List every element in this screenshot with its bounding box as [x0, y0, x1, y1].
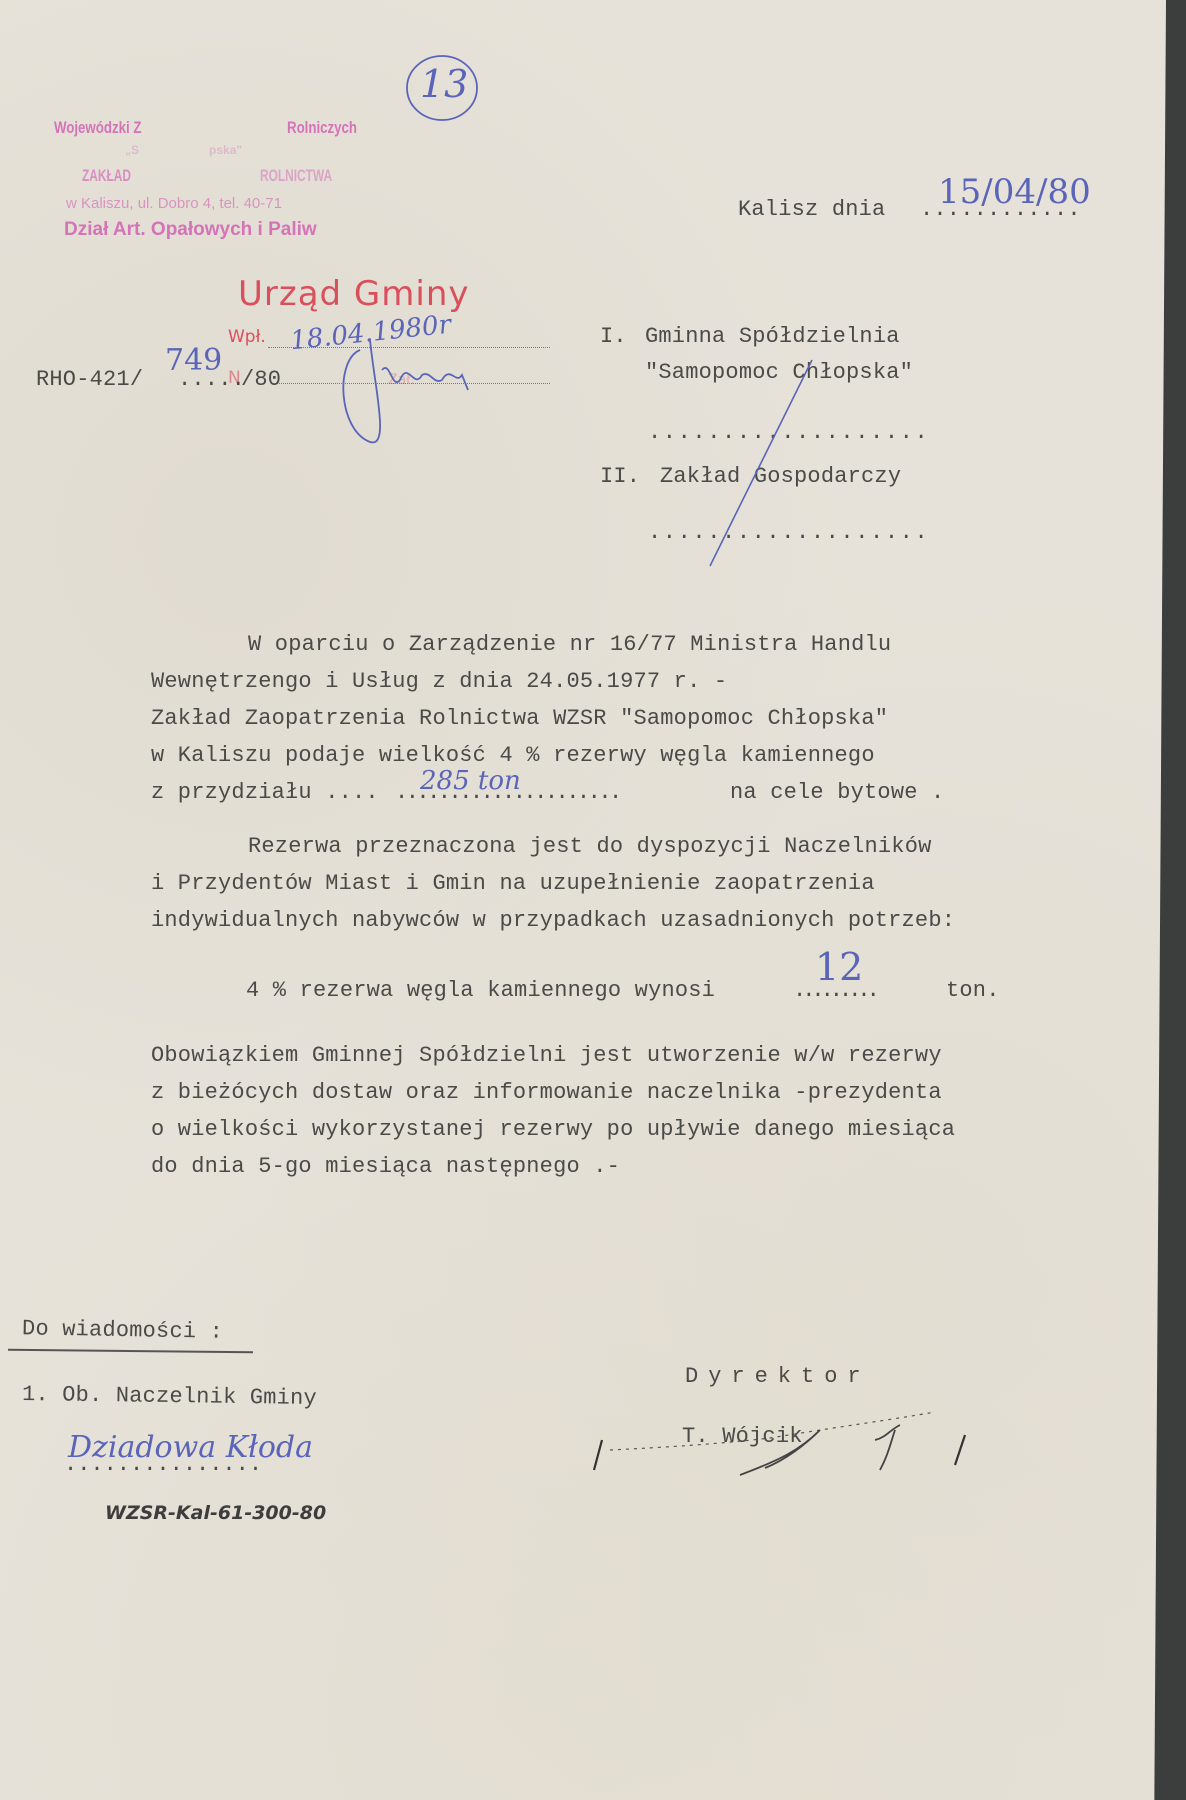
date-label: Kalisz dnia [738, 197, 885, 222]
signature-title: Dyrektor [685, 1364, 871, 1389]
wpl-label: Wpł. [228, 327, 266, 347]
reserve-handwritten: 12 [815, 945, 863, 989]
strike-line [700, 360, 820, 570]
para1-line1: W oparciu o Zarządzenie nr 16/77 Ministr… [248, 632, 891, 657]
reserve-prefix: 4 % rezerwa węgla kamiennego wynosi [246, 978, 715, 1003]
archive-code: WZSR-Kal-61-300-80 [105, 1502, 326, 1524]
received-signature [330, 330, 490, 450]
stamp-line-3-right: ROLNICTWA [260, 166, 332, 186]
para1-line4: w Kaliszu podaje wielkość 4 % rezerwy wę… [151, 743, 875, 768]
recipient-1-numeral: I. [600, 324, 627, 349]
cc-item-1: 1. Ob. Naczelnik Gminy [22, 1382, 317, 1411]
para3-line1: Obowiązkiem Gminnej Spółdzielni jest utw… [151, 1043, 942, 1068]
stamp-line-3-left: ZAKŁAD [82, 166, 131, 186]
cc-heading-underline [8, 1349, 253, 1354]
para3-line3: o wielkości wykorzystanej rezerwy po upł… [151, 1117, 955, 1142]
received-stamp-title: Urząd Gminy [238, 274, 470, 314]
page-number: 13 [420, 62, 468, 106]
para3-line2: z bieżócych dostaw oraz informowanie nac… [151, 1080, 942, 1105]
para2-line3: indywidualnych nabywców w przypadkach uz… [151, 908, 955, 933]
reference-suffix: /80 [241, 367, 281, 392]
para1-line3: Zakład Zaopatrzenia Rolnictwa WZSR "Samo… [151, 706, 888, 731]
stamp-line-4: w Kaliszu, ul. Dobro 4, tel. 40-71 [66, 195, 282, 212]
reserve-suffix: ton. [946, 978, 1000, 1003]
recipient-1-line1: Gminna Spółdzielnia [645, 324, 900, 349]
cc-heading: Do wiadomości : [22, 1316, 223, 1345]
reference-prefix: RHO-421/ [36, 367, 143, 392]
recipient-2-numeral: II. [600, 464, 640, 489]
reference-handwritten-number: 749 [165, 343, 222, 378]
date-handwritten: 15/04/80 [938, 172, 1091, 212]
stamp-line-5: Dział Art. Opałowych i Paliw [64, 219, 317, 241]
stamp-line-2: „S pska" [125, 143, 242, 157]
stamp-line-1-left: Wojewódzki Z [54, 118, 141, 138]
stamp-line-1-right: Rolniczych [287, 118, 357, 138]
cc-item-1-handwritten: Dziadowa Kłoda [68, 1430, 313, 1465]
document-page: 13 Wojewódzki Z Rolniczych „S pska" ZAKŁ… [0, 0, 1166, 1800]
allocation-prefix: z przydziału .... [151, 780, 379, 805]
para1-line2: Wewnętrzengo i Usług z dnia 24.05.1977 r… [151, 669, 727, 694]
allocation-handwritten: 285 ton [420, 766, 521, 796]
para3-line4: do dnia 5-go miesiąca następnego .- [151, 1154, 620, 1179]
para2-line2: i Przydentów Miast i Gmin na uzupełnieni… [151, 871, 875, 896]
signature-scribble [590, 1390, 970, 1480]
allocation-suffix: na cele bytowe . [730, 780, 944, 805]
para2-line1: Rezerwa przeznaczona jest do dyspozycji … [248, 834, 932, 859]
